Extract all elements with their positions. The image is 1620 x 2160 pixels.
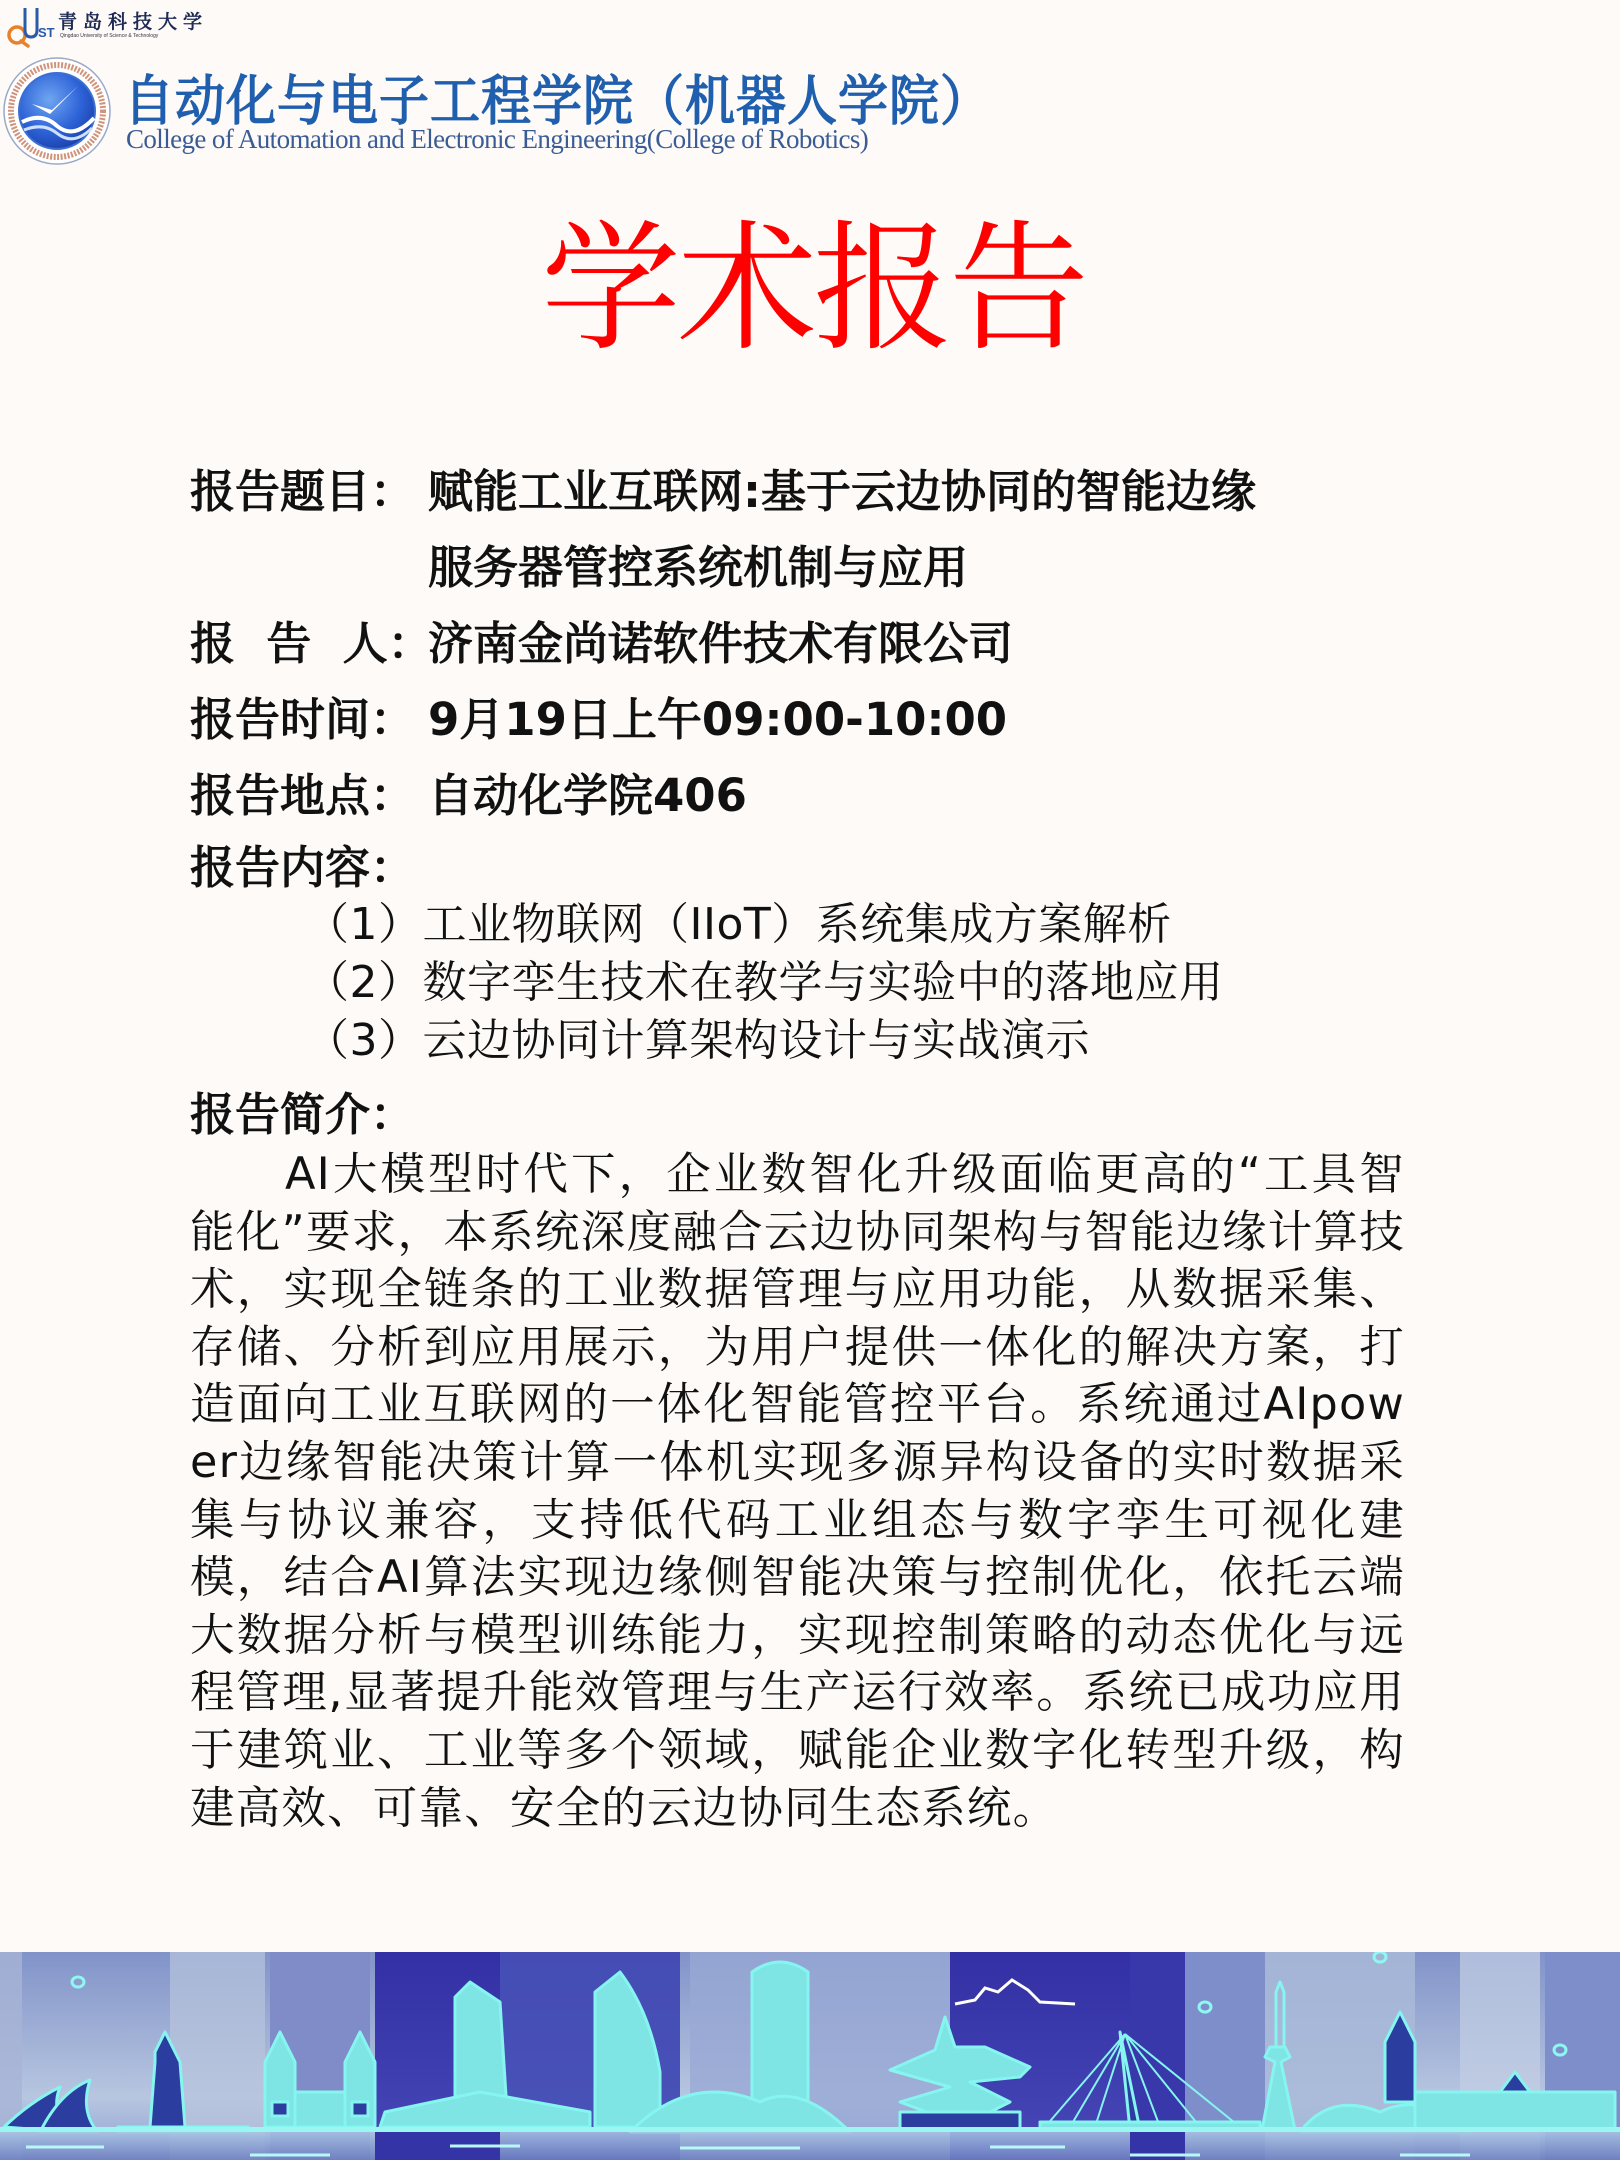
page-title: 学术报告 [0, 205, 1620, 375]
content-item: （3）云边协同计算架构设计与实战演示 [305, 1012, 1224, 1070]
content-item: （2）数字孪生技术在教学与实验中的落地应用 [305, 954, 1224, 1012]
speaker-label: 报 告 人： [190, 614, 428, 674]
report-info: 报告题目： 赋能工业互联网:基于云边协同的智能边缘 服务器管控系统机制与应用 报… [190, 462, 1440, 842]
topic-value-line2: 服务器管控系统机制与应用 [428, 538, 968, 598]
university-name-cn: 青岛科技大学 [58, 7, 208, 34]
location-label: 报告地点： [190, 766, 428, 826]
qust-logo-icon: ST [6, 4, 58, 48]
college-emblem-icon [2, 56, 112, 166]
content-item: （1）工业物联网（IIoT）系统集成方案解析 [305, 896, 1224, 954]
content-list: （1）工业物联网（IIoT）系统集成方案解析 （2）数字孪生技术在教学与实验中的… [305, 896, 1224, 1070]
content-label: 报告内容： [190, 838, 415, 898]
speaker-value: 济南金尚诺软件技术有限公司 [428, 614, 1013, 674]
skyline-banner [0, 1952, 1620, 2160]
intro-label: 报告简介： [190, 1085, 415, 1145]
time-label: 报告时间： [190, 690, 428, 750]
time-row: 报告时间： 9月19日上午09:00-10:00 [190, 690, 1440, 766]
speaker-row: 报 告 人： 济南金尚诺软件技术有限公司 [190, 614, 1440, 690]
topic-value-line1: 赋能工业互联网:基于云边协同的智能边缘 [428, 462, 1256, 522]
intro-paragraph: AI大模型时代下，企业数智化升级面临更高的“工具智能化”要求，本系统深度融合云边… [190, 1146, 1405, 1837]
location-row: 报告地点： 自动化学院406 [190, 766, 1440, 842]
svg-text:ST: ST [38, 25, 55, 40]
topic-row-continued: 服务器管控系统机制与应用 [190, 538, 1440, 614]
university-logo: ST 青岛科技大学 Qingdao University of Science … [6, 4, 201, 48]
time-value: 9月19日上午09:00-10:00 [428, 690, 1007, 750]
city-skyline-illustration [0, 1952, 1620, 2160]
college-name-en: College of Automation and Electronic Eng… [126, 124, 868, 155]
topic-label: 报告题目： [190, 462, 428, 522]
topic-row: 报告题目： 赋能工业互联网:基于云边协同的智能边缘 [190, 462, 1440, 538]
location-value: 自动化学院406 [428, 766, 747, 826]
university-name-en: Qingdao University of Science & Technolo… [60, 33, 158, 39]
